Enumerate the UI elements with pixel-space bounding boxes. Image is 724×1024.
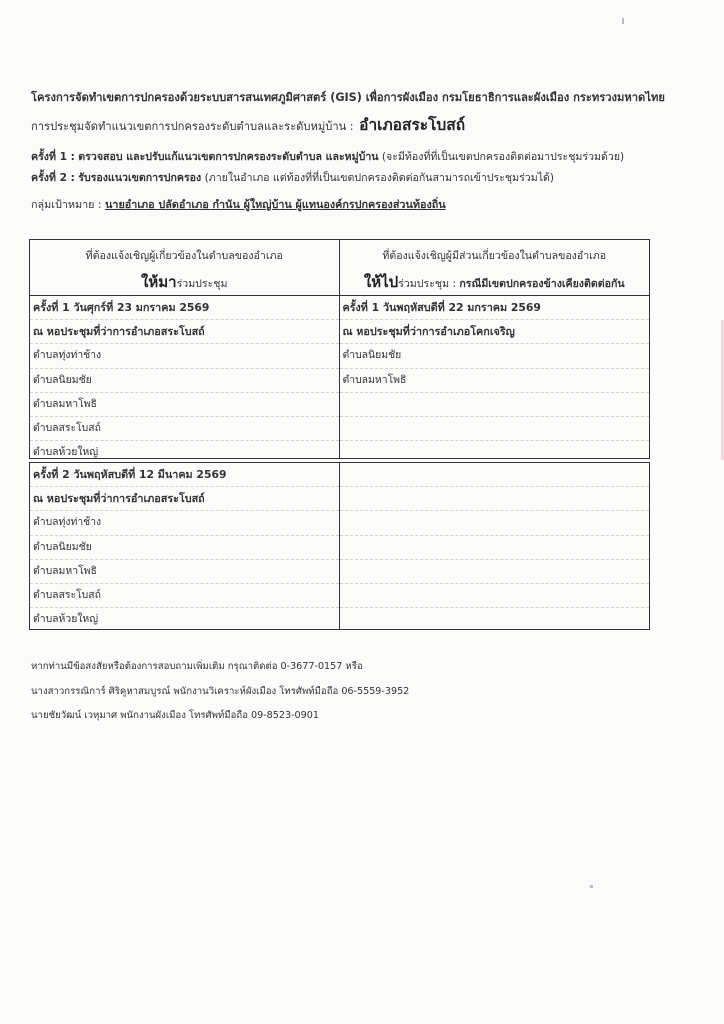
empty-row [340,584,650,608]
target-group: กลุ่มเป้าหมาย : นายอำเภอ ปลัดอำเภอ กำนัน… [31,196,446,213]
list-item: ตำบลมหาโพธิ [30,393,339,417]
list-item: ตำบลนิยมชัย [30,536,339,560]
round1-right-date: ครั้งที่ 1 วันพฤหัสบดีที่ 22 มกราคม 2569 [340,296,650,320]
list-item: ตำบลห้วยใหญ่ [30,608,339,631]
round2-left-column: ครั้งที่ 2 วันพฤหัสบดีที่ 12 มีนาคม 2569… [30,463,340,629]
invite-go-header: ที่ต้องแจ้งเชิญผู้มีส่วนเกี่ยวข้องในตำบล… [340,240,650,296]
invite-come-rest: ร่วมประชุม [177,278,228,290]
round1-text: ตรวจสอบ และปรับแก้แนวเขตการปกครองระดับตำ… [78,151,378,163]
invite-go-header-line2: ให้ไปร่วมประชุม : กรณีมีเขตปกครองข้างเคี… [340,264,650,294]
meeting-title-text: การประชุมจัดทำแนวเขตการปกครองระดับตำบลแล… [31,120,354,133]
round2-note: (ภายในอำเภอ แต่ท้องที่ที่เป็นเขตปกครองติ… [205,172,554,184]
target-text: นายอำเภอ ปลัดอำเภอ กำนัน ผู้ใหญ่บ้าน ผู้… [105,198,446,211]
list-item [340,441,650,464]
empty-row [340,560,650,584]
invite-come-header: ที่ต้องแจ้งเชิญผู้เกี่ยวข้องในตำบลของอำเ… [30,240,339,296]
empty-row [340,487,650,511]
target-label: กลุ่มเป้าหมาย : [31,198,102,211]
round2-text: รับรองแนวเขตการปกครอง [78,172,201,184]
list-item: ตำบลนิยมชัย [30,369,339,393]
list-item: ตำบลมหาโพธิ [30,560,339,584]
invite-go-emph: ให้ไป [364,273,398,291]
list-item: ตำบลทุ่งท่าช้าง [30,511,339,535]
list-item: ตำบลห้วยใหญ่ [30,441,339,464]
scan-speck [590,885,593,888]
round1-left-venue: ณ หอประชุมที่ว่าการอำเภอสระโบสถ์ [30,320,339,344]
district-name: อำเภอสระโบสถ์ [359,116,465,134]
round2-description: ครั้งที่ 2 : รับรองแนวเขตการปกครอง (ภายใ… [31,169,554,186]
meeting-table-round1: ที่ต้องแจ้งเชิญผู้เกี่ยวข้องในตำบลของอำเ… [29,239,650,459]
list-item: ตำบลสระโบสถ์ [30,417,339,441]
round2-left-venue: ณ หอประชุมที่ว่าการอำเภอสระโบสถ์ [30,487,339,511]
invite-come-emph: ให้มา [141,273,177,291]
round1-note: (จะมีท้องที่ที่เป็นเขตปกครองติดต่อมาประช… [382,151,624,163]
round2-right-column [340,463,650,629]
contact-person-2: นายชัยวัฒน์ เวหุมาศ พนักงานผังเมือง โทรศ… [31,708,319,723]
round2-label: ครั้งที่ 2 : [31,172,75,184]
empty-row [340,463,650,487]
empty-row [340,536,650,560]
round1-label: ครั้งที่ 1 : [31,151,75,163]
list-item [340,393,650,417]
list-item: ตำบลมหาโพธิ [340,369,650,393]
empty-row [340,608,650,631]
list-item: ตำบลทุ่งท่าช้าง [30,344,339,368]
meeting-table-round2: ครั้งที่ 2 วันพฤหัสบดีที่ 12 มีนาคม 2569… [29,462,650,630]
meeting-title: การประชุมจัดทำแนวเขตการปกครองระดับตำบลแล… [31,112,465,137]
project-title: โครงการจัดทำเขตการปกครองด้วยระบบสารสนเทศ… [31,88,665,106]
invite-go-rest: ร่วมประชุม : [398,278,456,290]
round1-left-date: ครั้งที่ 1 วันศุกร์ที่ 23 มกราคม 2569 [30,296,339,320]
contact-intro: หากท่านมีข้อสงสัยหรือต้องการสอบถามเพิ่มเ… [31,659,363,674]
list-item [340,417,650,441]
invite-go-condition: กรณีมีเขตปกครองข้างเคียงติดต่อกัน [459,278,624,290]
round1-description: ครั้งที่ 1 : ตรวจสอบ และปรับแก้แนวเขตการ… [31,148,624,165]
invite-come-header-line1: ที่ต้องแจ้งเชิญผู้เกี่ยวข้องในตำบลของอำเ… [30,240,339,264]
invite-go-header-line1: ที่ต้องแจ้งเชิญผู้มีส่วนเกี่ยวข้องในตำบล… [340,240,650,264]
invite-come-header-line2: ให้มาร่วมประชุม [30,264,339,294]
round1-right-venue: ณ หอประชุมที่ว่าการอำเภอโคกเจริญ [340,320,650,344]
scan-speck [622,18,624,24]
list-item: ตำบลสระโบสถ์ [30,584,339,608]
list-item: ตำบลนิยมชัย [340,344,650,368]
round2-left-date: ครั้งที่ 2 วันพฤหัสบดีที่ 12 มีนาคม 2569 [30,463,339,487]
contact-person-1: นางสาวกรรณิการ์ ศิริคูหาสมบูรณ์ พนักงานว… [31,684,409,699]
invite-come-column: ที่ต้องแจ้งเชิญผู้เกี่ยวข้องในตำบลของอำเ… [30,240,340,458]
invite-go-column: ที่ต้องแจ้งเชิญผู้มีส่วนเกี่ยวข้องในตำบล… [340,240,650,458]
empty-row [340,511,650,535]
